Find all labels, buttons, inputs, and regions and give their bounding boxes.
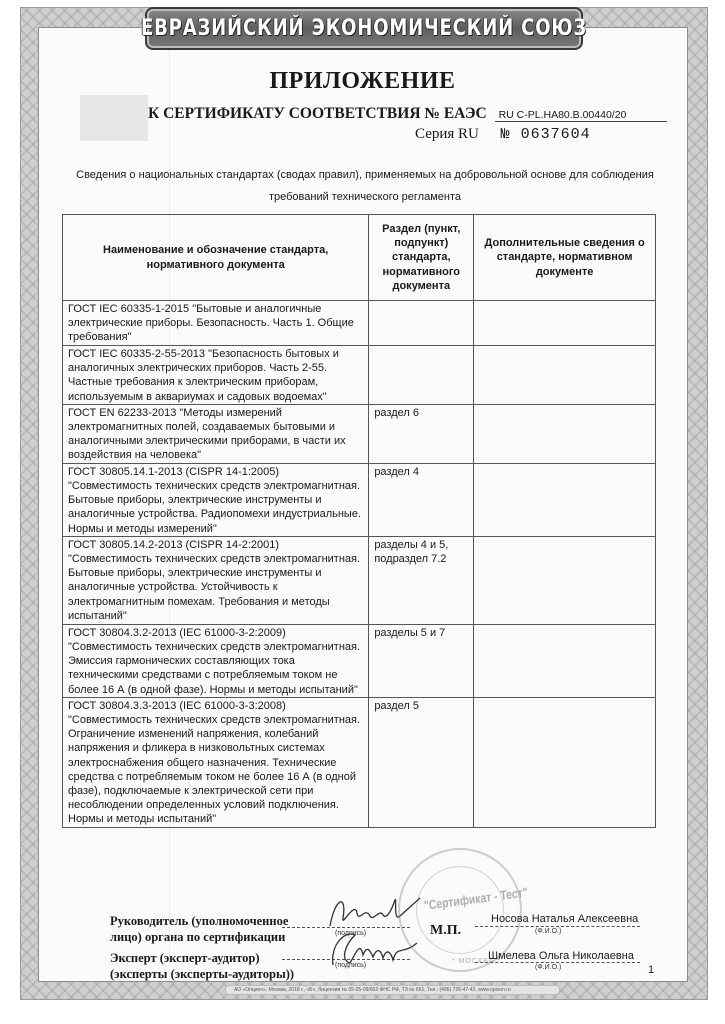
- expert-label-line-2: (эксперты (эксперты-аудиторы)): [110, 966, 294, 982]
- cell-extra: [474, 624, 656, 697]
- head-label: Руководитель (уполномоченное лицо) орган…: [110, 913, 288, 945]
- header-section: Раздел (пункт, подпункт) стандарта, норм…: [369, 215, 474, 301]
- banner-text: ЕВРАЗИЙСКИЙ ЭКОНОМИЧЕСКИЙ СОЮЗ: [141, 16, 587, 41]
- cell-extra: [474, 301, 656, 346]
- page-number: 1: [648, 964, 654, 976]
- head-label-line-1: Руководитель (уполномоченное: [110, 913, 288, 929]
- series-line: Серия RU № 0637604: [415, 126, 591, 143]
- certificate-prefix: К СЕРТИФИКАТУ СООТВЕТСТВИЯ № ЕАЭС: [148, 105, 487, 122]
- cell-section: раздел 6: [369, 404, 474, 463]
- table-row: ГОСТ 30804.3.3-2013 (IEC 61000-3-3:2008)…: [63, 697, 656, 827]
- certificate-line: К СЕРТИФИКАТУ СООТВЕТСТВИЯ № ЕАЭС RU C-P…: [148, 105, 708, 123]
- cell-extra: [474, 404, 656, 463]
- cell-standard: ГОСТ IEC 60335-2-55-2013 "Безопасность б…: [63, 346, 369, 405]
- hologram-area: [80, 95, 148, 141]
- head-name-caption: (Ф.И.О.): [535, 928, 561, 935]
- header-extra: Дополнительные сведения о стандарте, нор…: [474, 215, 656, 301]
- table-row: ГОСТ IEC 60335-1-2015 "Бытовые и аналоги…: [63, 301, 656, 346]
- cell-section: раздел 4: [369, 463, 474, 536]
- page-title: ПРИЛОЖЕНИЕ: [0, 68, 725, 95]
- header-standard: Наименование и обозначение стандарта, но…: [63, 215, 369, 301]
- head-label-line-2: лицо) органа по сертификации: [110, 929, 288, 945]
- standards-table: Наименование и обозначение стандарта, но…: [62, 214, 656, 828]
- cell-standard: ГОСТ 30805.14.2-2013 (CISPR 14-2:2001) "…: [63, 536, 369, 624]
- eaeu-banner: ЕВРАЗИЙСКИЙ ЭКОНОМИЧЕСКИЙ СОЮЗ: [145, 7, 583, 50]
- certificate-number: RU C-PL.НА80.В.00440/20: [495, 109, 667, 122]
- series-label: Серия RU: [415, 126, 479, 142]
- cell-standard: ГОСТ IEC 60335-1-2015 "Бытовые и аналоги…: [63, 301, 369, 346]
- cell-extra: [474, 463, 656, 536]
- table-row: ГОСТ 30805.14.1-2013 (CISPR 14-1:2005) "…: [63, 463, 656, 536]
- cell-standard: ГОСТ 30804.3.2-2013 (IEC 61000-3-2:2009)…: [63, 624, 369, 697]
- cell-section: [369, 301, 474, 346]
- head-name-line: [475, 926, 640, 927]
- intro-text: Сведения о национальных стандартах (свод…: [60, 164, 670, 208]
- expert-label-line-1: Эксперт (эксперт-аудитор): [110, 950, 294, 966]
- cell-section: разделы 5 и 7: [369, 624, 474, 697]
- series-number: № 0637604: [501, 126, 591, 143]
- expert-name-caption: (Ф.И.О.): [535, 964, 561, 971]
- printer-footer: АО «Опцион», Москва, 2018 г., «Б», Лицен…: [225, 985, 560, 995]
- cell-extra: [474, 346, 656, 405]
- table-row: ГОСТ 30805.14.2-2013 (CISPR 14-2:2001) "…: [63, 536, 656, 624]
- cell-extra: [474, 697, 656, 827]
- expert-name: Шмелева Ольга Николаевна: [488, 950, 634, 962]
- cell-standard: ГОСТ 30804.3.3-2013 (IEC 61000-3-3:2008)…: [63, 697, 369, 827]
- expert-name-line: [475, 962, 640, 963]
- seal-label: М.П.: [430, 923, 461, 939]
- cell-section: [369, 346, 474, 405]
- table-row: ГОСТ EN 62233-2013 "Методы измерений эле…: [63, 404, 656, 463]
- table-header-row: Наименование и обозначение стандарта, но…: [63, 215, 656, 301]
- cell-extra: [474, 536, 656, 624]
- cell-standard: ГОСТ EN 62233-2013 "Методы измерений эле…: [63, 404, 369, 463]
- table-row: ГОСТ IEC 60335-2-55-2013 "Безопасность б…: [63, 346, 656, 405]
- table-row: ГОСТ 30804.3.2-2013 (IEC 61000-3-2:2009)…: [63, 624, 656, 697]
- expert-label: Эксперт (эксперт-аудитор) (эксперты (экс…: [110, 950, 294, 982]
- cell-section: разделы 4 и 5, подраздел 7.2: [369, 536, 474, 624]
- cell-standard: ГОСТ 30805.14.1-2013 (CISPR 14-1:2005) "…: [63, 463, 369, 536]
- head-name: Носова Наталья Алексеевна: [491, 913, 638, 925]
- cell-section: раздел 5: [369, 697, 474, 827]
